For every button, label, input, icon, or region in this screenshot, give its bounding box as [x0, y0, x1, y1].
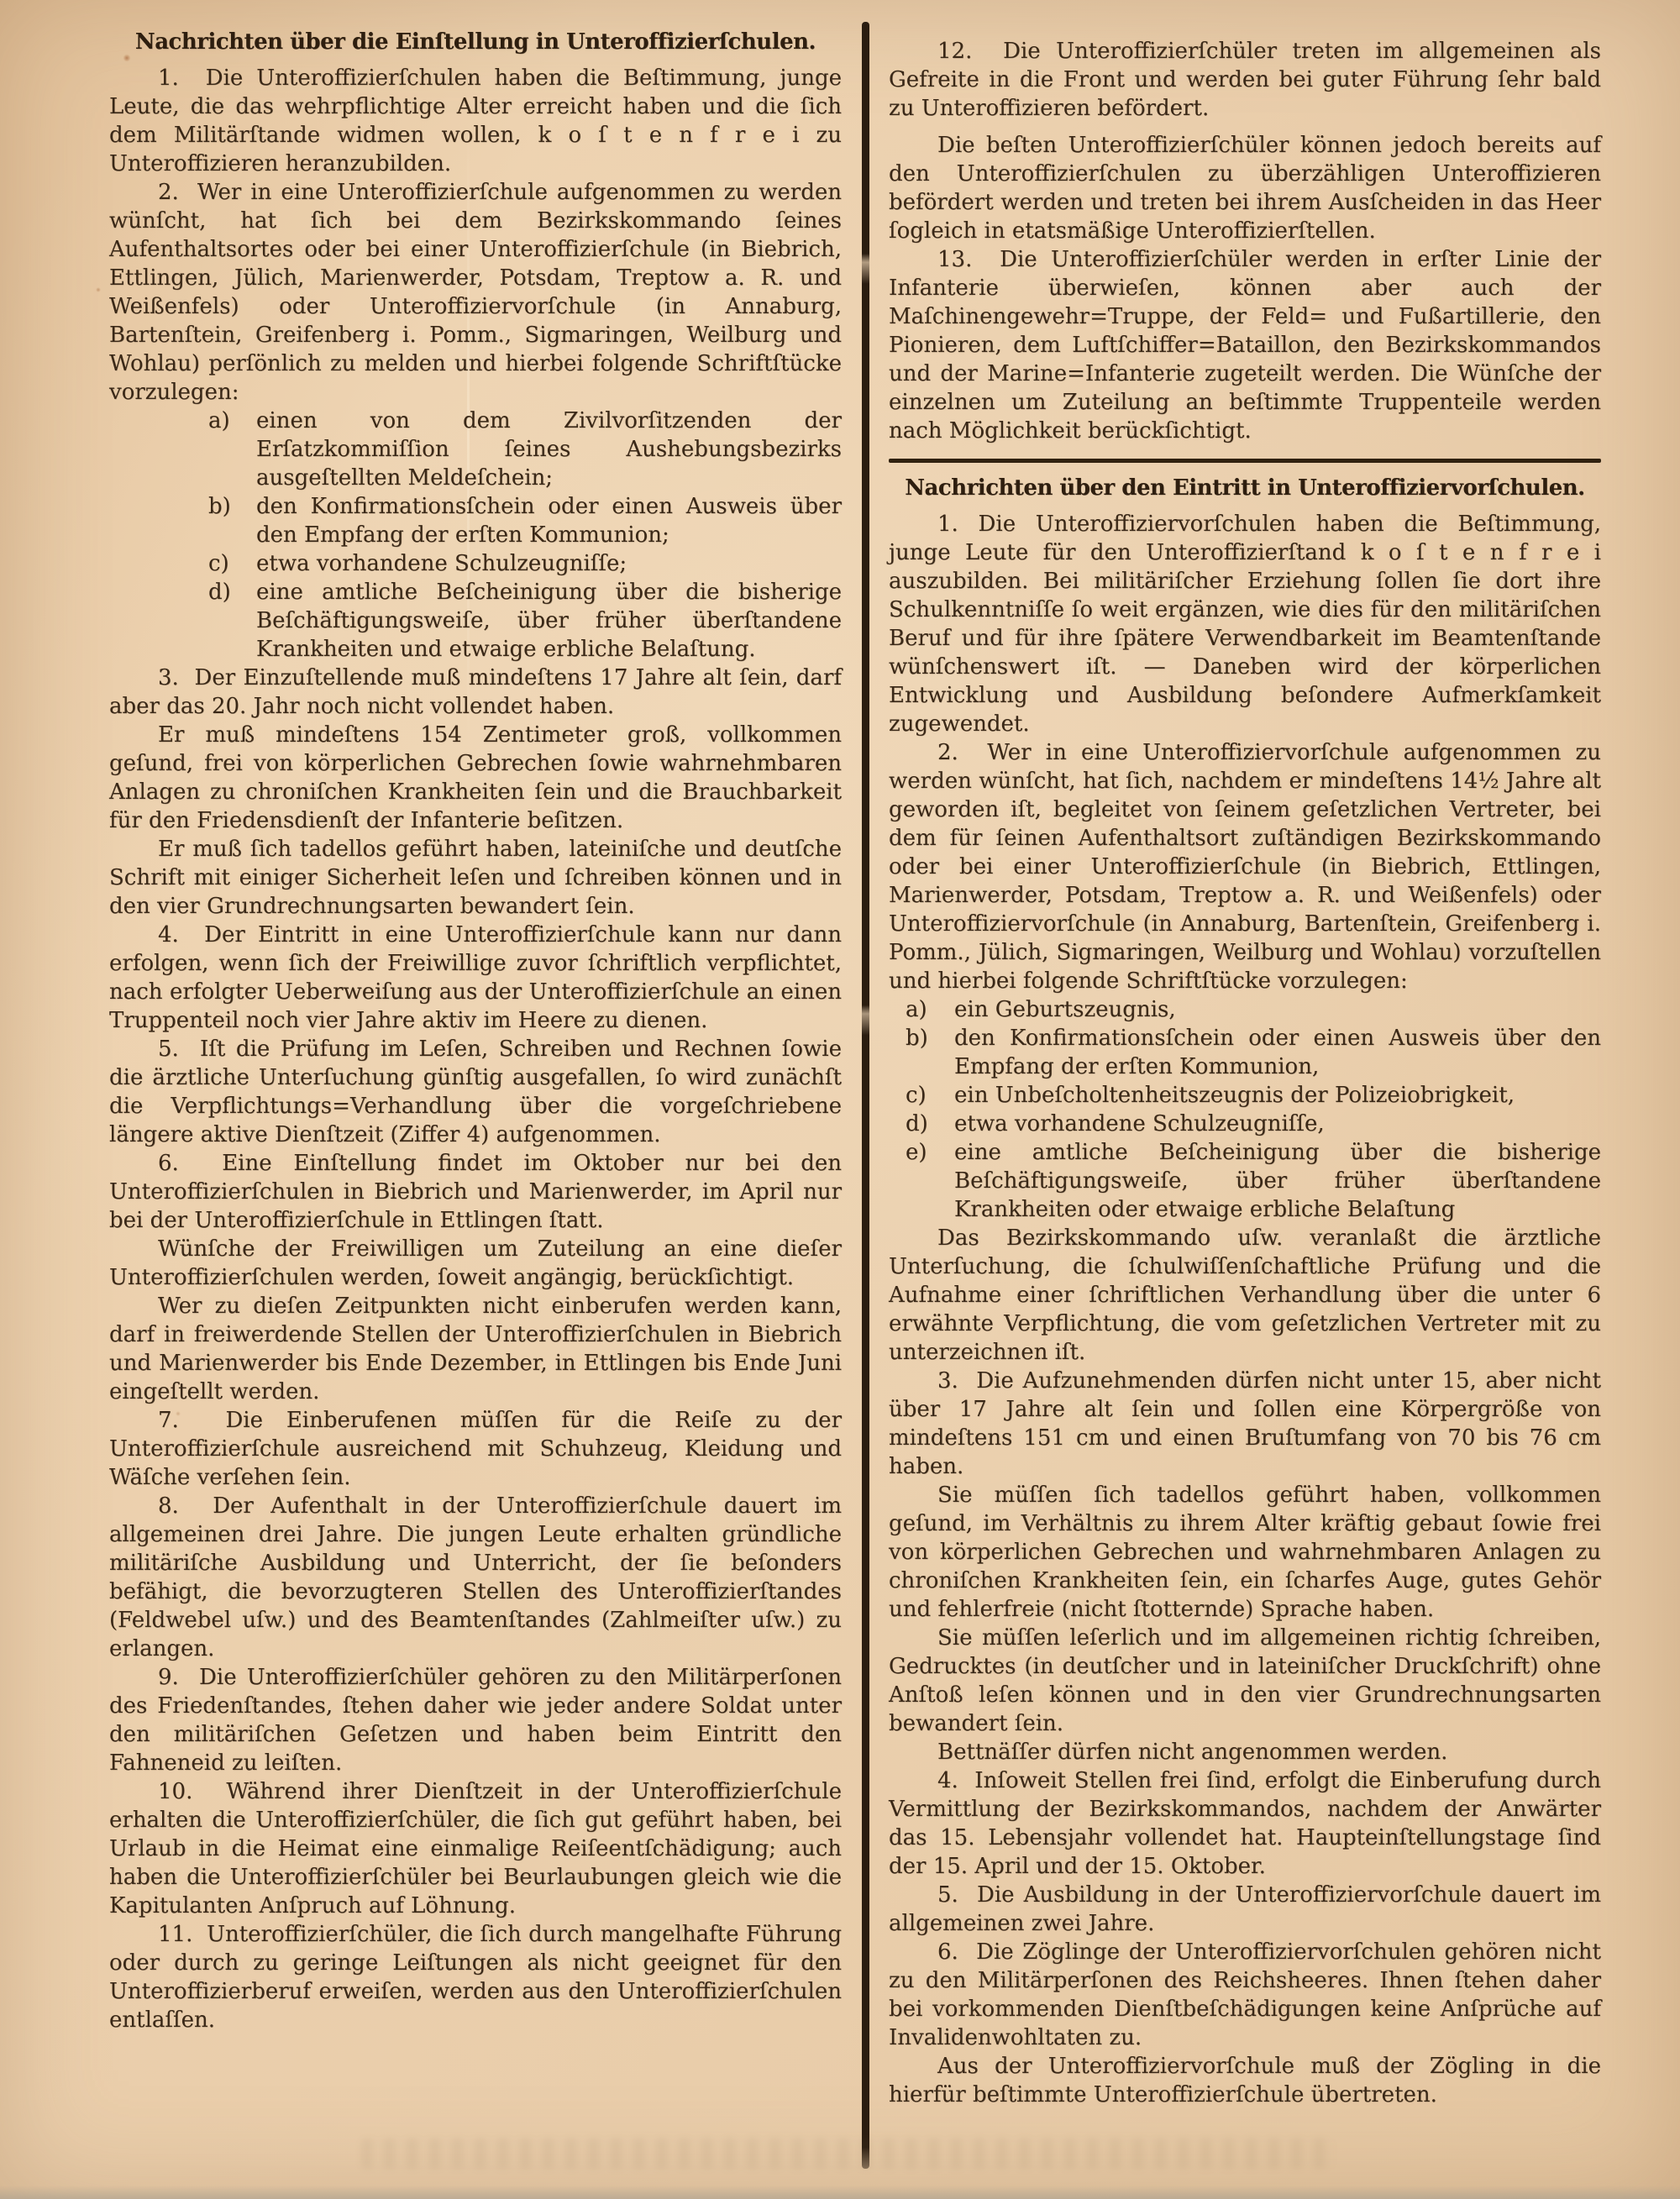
paragraph: 1. Die Unteroffiziervorſchulen haben die… — [889, 510, 1601, 738]
list-item: b)den Konfirmationsſchein oder einen Aus… — [889, 1024, 1601, 1081]
paragraph: Aus der Unteroffiziervorſchule muß der Z… — [889, 2052, 1601, 2109]
paragraph: 4. Der Eintritt in eine Unteroffizierſch… — [109, 921, 842, 1035]
paragraph: 11. Unteroffizierſchüler, die ſich durch… — [109, 1920, 842, 2034]
list-item: c)ein Unbeſcholtenheitszeugnis der Poliz… — [889, 1081, 1601, 1110]
list-item-marker: d) — [906, 1110, 954, 1138]
paragraph: Die beſten Unteroffizierſchüler können j… — [889, 131, 1601, 245]
paragraph: 10. Während ihrer Dienſtzeit in der Unte… — [109, 1777, 842, 1920]
paragraph: 13. Die Unteroffizierſchüler werden in e… — [889, 245, 1601, 445]
section-heading: Nachrichten über den Eintritt in Unterof… — [889, 471, 1601, 505]
list-item-marker: a) — [208, 407, 256, 435]
list-item: e)eine amtliche Beſcheinigung über die b… — [889, 1138, 1601, 1224]
list-item: c)etwa vorhandene Schulzeugniſſe; — [109, 549, 842, 578]
list-item: a)ein Geburtszeugnis, — [889, 995, 1601, 1024]
list-item-marker: d) — [208, 578, 256, 606]
page-bottom-edge — [0, 2186, 1680, 2199]
column-divider-rule — [862, 22, 869, 2169]
left-column: Nachrichten über die Einſtellung in Unte… — [109, 25, 842, 2034]
list-item-marker: c) — [906, 1081, 954, 1110]
paragraph: Wünſche der Freiwilligen um Zuteilung an… — [109, 1235, 842, 1292]
paragraph: 3. Der Einzuſtellende muß mindeſtens 17 … — [109, 664, 842, 721]
section-heading: Nachrichten über die Einſtellung in Unte… — [109, 25, 842, 59]
newspaper-page: Nachrichten über die Einſtellung in Unte… — [0, 0, 1680, 2199]
paragraph: Bettnäſſer dürfen nicht angenommen werde… — [889, 1738, 1601, 1766]
paragraph: 7. Die Einberufenen müſſen für die Reiſe… — [109, 1406, 842, 1492]
paragraph: Er muß ſich tadellos geführt haben, late… — [109, 835, 842, 921]
paragraph: 9. Die Unteroffizierſchüler gehören zu d… — [109, 1663, 842, 1777]
show-through-smudge — [361, 2139, 1336, 2169]
list-item: d)etwa vorhandene Schulzeugniſſe, — [889, 1110, 1601, 1138]
list-item-text: den Konfirmationsſchein oder einen Auswe… — [256, 494, 842, 548]
list-item-marker: e) — [906, 1138, 954, 1167]
list-item: d)eine amtliche Beſcheinigung über die b… — [109, 578, 842, 664]
paragraph: 5. Die Ausbildung in der Unteroffiziervo… — [889, 1881, 1601, 1938]
list-item-text: eine amtliche Beſcheinigung über die bis… — [954, 1140, 1601, 1222]
list-item-text: einen von dem Zivilvorſitzenden der Erſa… — [256, 408, 842, 491]
paragraph: 4. Inſoweit Stellen frei ſind, erfolgt d… — [889, 1766, 1601, 1881]
paragraph: 3. Die Aufzunehmenden dürfen nicht unter… — [889, 1367, 1601, 1481]
list-item-text: etwa vorhandene Schulzeugniſſe, — [954, 1111, 1325, 1136]
list-item-text: ein Geburtszeugnis, — [954, 997, 1176, 1022]
list-item: b)den Konfirmationsſchein oder einen Aus… — [109, 492, 842, 549]
paragraph: Das Bezirkskommando uſw. veranlaßt die ä… — [889, 1224, 1601, 1367]
list-item-marker: b) — [906, 1024, 954, 1052]
paragraph: Er muß mindeſtens 154 Zentimeter groß, v… — [109, 721, 842, 835]
paragraph: Sie müſſen ſich tadellos geführt haben, … — [889, 1481, 1601, 1624]
paragraph: 2. Wer in eine Unteroffiziervorſchule au… — [889, 738, 1601, 995]
paragraph: 6. Die Zöglinge der Unteroffiziervorſchu… — [889, 1938, 1601, 2052]
paragraph: 1. Die Unteroffizierſchulen haben die Be… — [109, 64, 842, 178]
paragraph: 2. Wer in eine Unteroffizierſchule aufge… — [109, 178, 842, 407]
paragraph: Sie müſſen leſerlich und im allgemeinen … — [889, 1624, 1601, 1738]
right-column: 12. Die Unteroffizierſchüler treten im a… — [889, 37, 1601, 2109]
paragraph: 5. Iſt die Prüfung im Leſen, Schreiben u… — [109, 1035, 842, 1149]
list-item-marker: a) — [906, 995, 954, 1024]
list-item-text: den Konfirmationsſchein oder einen Auswe… — [954, 1026, 1601, 1079]
list-item-text: eine amtliche Beſcheinigung über die bis… — [256, 580, 842, 662]
paragraph: 6. Eine Einſtellung findet im Oktober nu… — [109, 1149, 842, 1235]
list-item-text: etwa vorhandene Schulzeugniſſe; — [256, 551, 627, 576]
list-item-marker: c) — [208, 549, 256, 578]
paragraph: Wer zu dieſen Zeitpunkten nicht einberuf… — [109, 1292, 842, 1406]
list-item-marker: b) — [208, 492, 256, 521]
section-separator-rule — [889, 459, 1601, 463]
list-item-text: ein Unbeſcholtenheitszeugnis der Polizei… — [954, 1083, 1515, 1108]
paragraph: 12. Die Unteroffizierſchüler treten im a… — [889, 37, 1601, 123]
paragraph: 8. Der Aufenthalt in der Unteroffizierſc… — [109, 1492, 842, 1663]
list-item: a)einen von dem Zivilvorſitzenden der Er… — [109, 407, 842, 492]
